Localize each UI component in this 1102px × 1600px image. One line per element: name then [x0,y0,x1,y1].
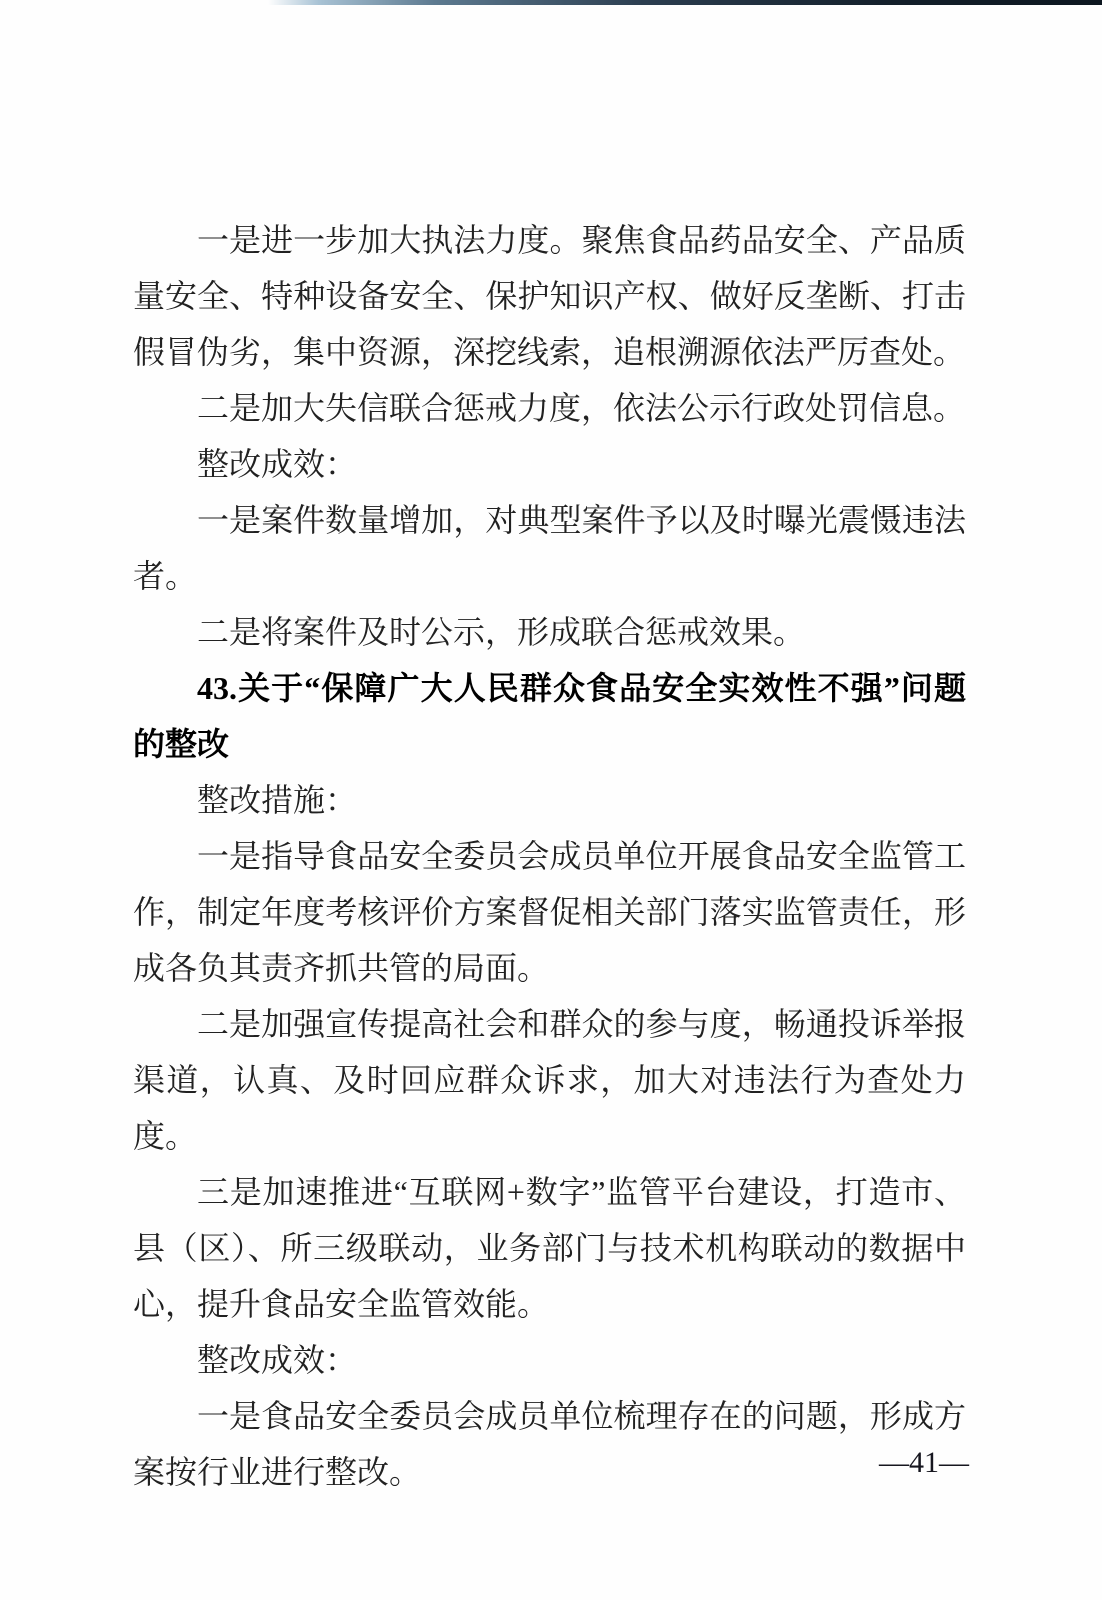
para-measures-label: 整改措施： [133,772,966,828]
heading-issue-43: 43.关于“保障广大人民群众食品安全实效性不强”问题的整改 [133,660,966,772]
para-result-2: 二是将案件及时公示，形成联合惩戒效果。 [133,604,966,660]
para-food-result-1: 一是食品安全委员会成员单位梳理存在的问题，形成方案按行业进行整改。 [133,1388,966,1500]
para-food-measure-3: 三是加速推进“互联网+数字”监管平台建设，打造市、县（区）、所三级联动，业务部门… [133,1164,966,1332]
document-page: 一是进一步加大执法力度。聚焦食品药品安全、产品质量安全、特种设备安全、保护知识产… [0,0,1102,1600]
para-enforcement-measure-2: 二是加大失信联合惩戒力度，依法公示行政处罚信息。 [133,380,966,436]
para-result-1: 一是案件数量增加，对典型案件予以及时曝光震慑违法者。 [133,492,966,604]
para-food-measure-1: 一是指导食品安全委员会成员单位开展食品安全监管工作，制定年度考核评价方案督促相关… [133,828,966,996]
scan-edge-artifact [268,0,1102,5]
page-number: —41— [879,1446,969,1480]
para-results-label-1: 整改成效： [133,436,966,492]
para-results-label-2: 整改成效： [133,1332,966,1388]
para-food-measure-2: 二是加强宣传提高社会和群众的参与度，畅通投诉举报渠道，认真、及时回应群众诉求，加… [133,996,966,1164]
document-body: 一是进一步加大执法力度。聚焦食品药品安全、产品质量安全、特种设备安全、保护知识产… [133,212,966,1500]
para-enforcement-measure-1: 一是进一步加大执法力度。聚焦食品药品安全、产品质量安全、特种设备安全、保护知识产… [133,212,966,380]
